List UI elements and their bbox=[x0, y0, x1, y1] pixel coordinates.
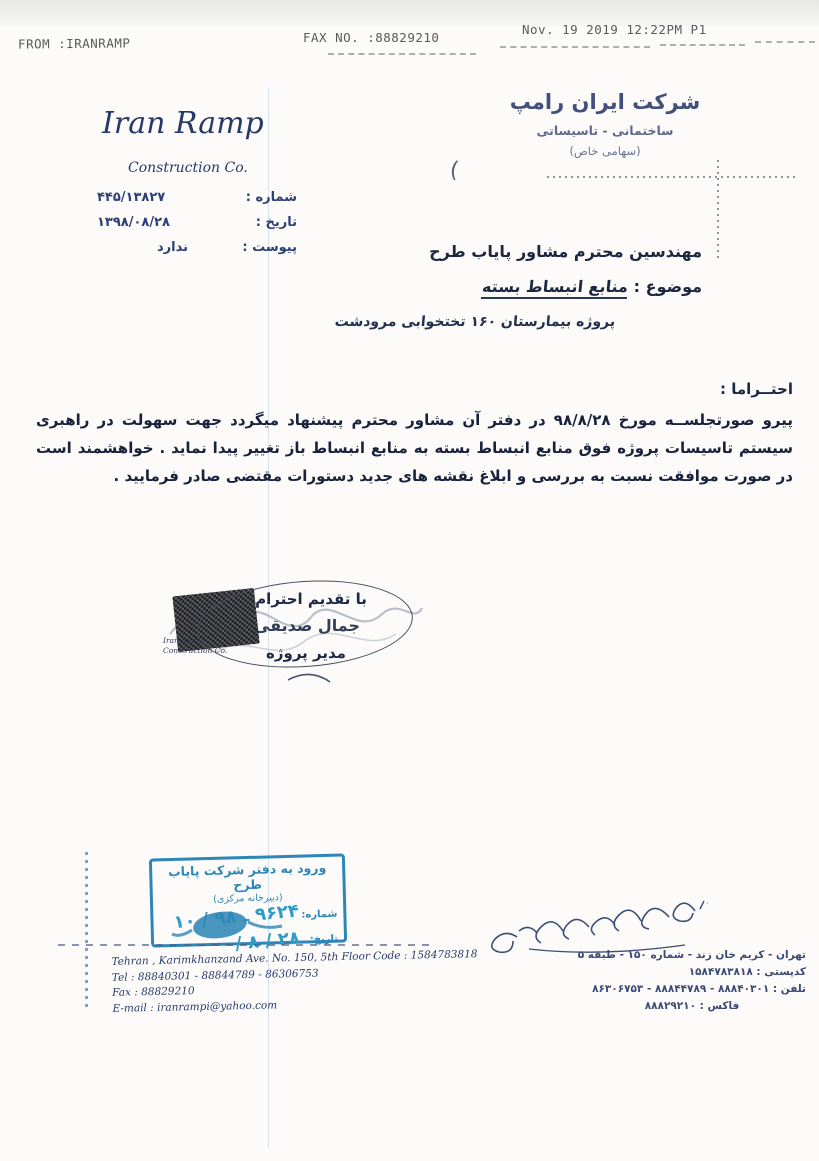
entry-stamp: ورود به دفتر شرکت پایاب طرح (دبیرخانه مر… bbox=[149, 853, 347, 947]
number-value: ۴۴۵/۱۳۸۲۷ bbox=[97, 190, 165, 205]
footer-fa-address: تهران - کریم خان زند - شماره ۱۵۰ - طبقه … bbox=[538, 947, 806, 981]
footer-contact-persian: تهران - کریم خان زند - شماره ۱۵۰ - طبقه … bbox=[538, 947, 806, 1015]
field-row-date: تاریخ : ۱۳۹۸/۰۸/۲۸ bbox=[97, 215, 297, 230]
letterhead-dotted-vertical bbox=[717, 160, 719, 258]
field-row-number: شماره : ۴۴۵/۱۳۸۲۷ bbox=[97, 190, 297, 205]
signer-name: جمال صدیقی bbox=[232, 616, 382, 635]
company-type-persian: (سهامی خاص) bbox=[440, 144, 770, 158]
footer-fa-fax: فاکس : ۸۸۸۲۹۲۱۰ bbox=[538, 998, 806, 1015]
field-row-attachment: پیوست : ندارد bbox=[97, 240, 297, 255]
entry-stamp-title: ورود به دفتر شرکت پایاب طرح bbox=[158, 860, 337, 895]
footer-contact-english: Tehran , Karimkhanzand Ave. No. 150, 5th… bbox=[111, 947, 478, 1017]
fax-datetime-line: Nov. 19 2019 12:22PM P1 bbox=[522, 22, 707, 37]
footer-fa-tel: تلفن : ۸۸۸۴۰۳۰۱ - ۸۸۸۴۴۷۸۹ - ۸۶۳۰۶۷۵۳ bbox=[538, 981, 806, 998]
company-name-english: Iran Ramp bbox=[102, 106, 264, 141]
signer-role: مدیر پروژه bbox=[236, 644, 376, 662]
fax-document-page: FROM :IRANRAMP FAX NO. :88829210 Nov. 19… bbox=[0, 0, 819, 1161]
fax-date-underline-3 bbox=[755, 41, 815, 43]
margin-tick-column bbox=[85, 852, 88, 1010]
date-value: ۱۳۹۸/۰۸/۲۸ bbox=[97, 215, 170, 230]
number-label: شماره : bbox=[246, 190, 297, 205]
entry-number-label: شماره: bbox=[299, 909, 337, 921]
subject-label: موضوع : bbox=[634, 277, 702, 296]
subject-row: موضوع : منابع انبساط بسته bbox=[330, 277, 702, 299]
project-line: پروژه بیمارستان ۱۶۰ تختخوابی مرودشت bbox=[299, 314, 650, 330]
company-activity-persian: ساختمانی - تاسیساتی bbox=[440, 123, 770, 138]
fax-date-underline-1 bbox=[500, 46, 650, 48]
fax-date-underline-2 bbox=[660, 44, 745, 46]
signature-greeting: با تقدیم احترام bbox=[226, 590, 396, 608]
company-letterhead-persian: شرکت ایران رامپ ساختمانی - تاسیساتی (سها… bbox=[440, 90, 770, 158]
stray-pen-mark: ( bbox=[448, 158, 460, 184]
fax-from-line: FROM :IRANRAMP bbox=[18, 35, 131, 51]
letter-body: پیرو صورتجلســه مورخ ۹۸/۸/۲۸ در دفتر آن … bbox=[36, 406, 793, 490]
fax-number-line: FAX NO. :88829210 bbox=[303, 30, 439, 45]
date-label: تاریخ : bbox=[256, 215, 297, 230]
company-name-persian: شرکت ایران رامپ bbox=[440, 90, 770, 114]
fax-underline bbox=[328, 53, 476, 55]
salutation: احتــراما : bbox=[620, 380, 793, 398]
subject-value: منابع انبساط بسته bbox=[481, 277, 629, 299]
company-sub-english: Construction Co. bbox=[128, 160, 248, 176]
letterhead-dotted-rule bbox=[547, 176, 795, 178]
attachment-label: پیوست : bbox=[242, 240, 297, 255]
fold-dashed-line bbox=[58, 944, 432, 946]
attachment-value: ندارد bbox=[157, 240, 188, 255]
recipient-line: مهندسین محترم مشاور پایاب طرح bbox=[290, 242, 702, 261]
